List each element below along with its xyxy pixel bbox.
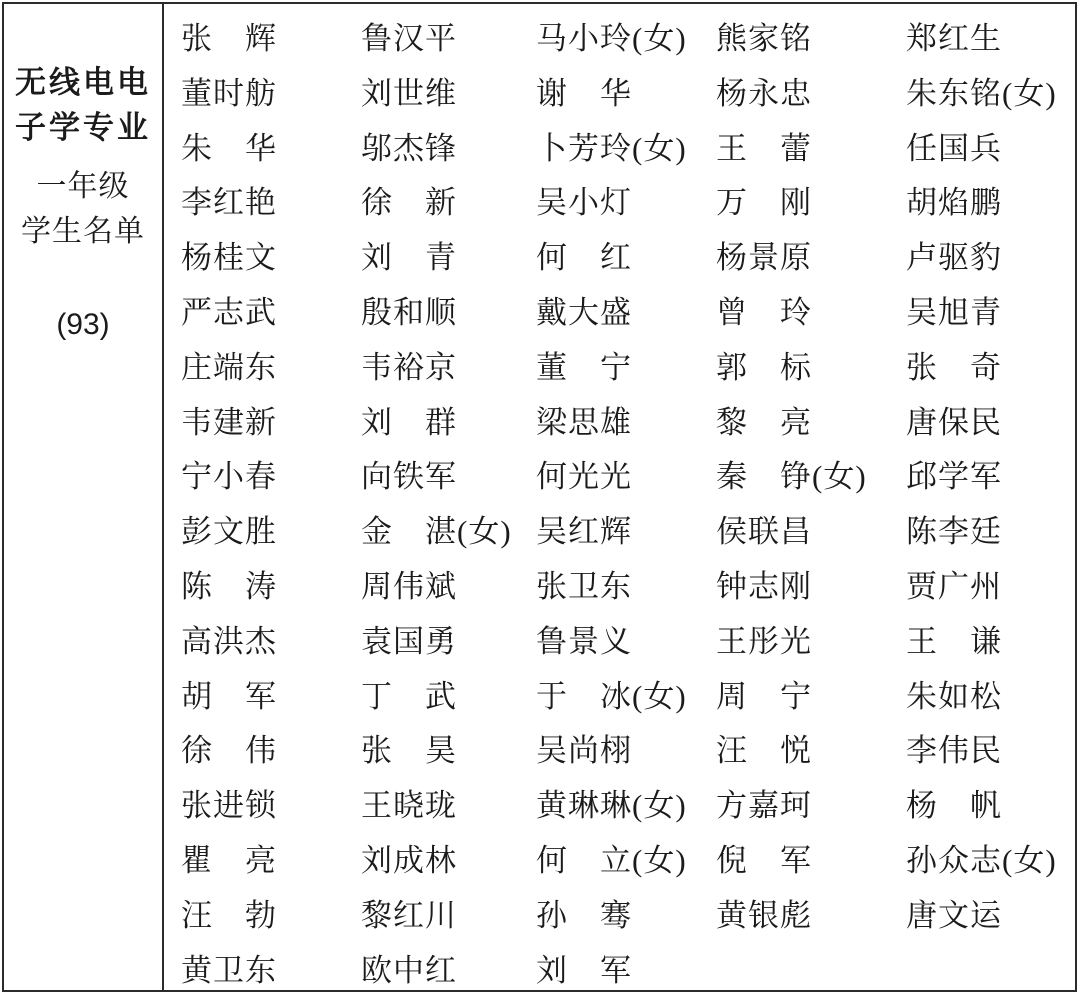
- grade-label: 一年级: [4, 164, 162, 209]
- student-name: 周伟斌: [361, 560, 536, 615]
- student-name: 胡 军: [181, 670, 361, 725]
- student-name: 谢 华: [536, 67, 716, 122]
- student-name: 邬杰锋: [361, 122, 536, 177]
- student-name: 刘世维: [361, 67, 536, 122]
- student-name: 韦裕京: [361, 341, 536, 396]
- student-name: 方嘉珂: [716, 779, 906, 834]
- student-name: 董时舫: [181, 67, 361, 122]
- student-name: 王彤光: [716, 615, 906, 670]
- student-name: 陈 涛: [181, 560, 361, 615]
- student-name: 高洪杰: [181, 615, 361, 670]
- student-name: 张进锁: [181, 779, 361, 834]
- student-name: 刘成林: [361, 834, 536, 889]
- student-name: 陈李廷: [906, 505, 1075, 560]
- major-title-line1: 无线电电: [4, 60, 162, 105]
- student-name: 戴大盛: [536, 286, 716, 341]
- student-name: 朱 华: [181, 122, 361, 177]
- student-name: 李红艳: [181, 176, 361, 231]
- student-name: 何光光: [536, 450, 716, 505]
- student-name: 张 奇: [906, 341, 1075, 396]
- student-name: 韦建新: [181, 396, 361, 451]
- student-name: 侯联昌: [716, 505, 906, 560]
- student-name: 何 红: [536, 231, 716, 286]
- student-name: 黄银彪: [716, 889, 906, 944]
- student-name: 王 谦: [906, 615, 1075, 670]
- student-name: 熊家铭: [716, 12, 906, 67]
- student-name: 刘 军: [536, 944, 716, 996]
- student-name: 张 昊: [361, 724, 536, 779]
- student-name: 金 湛(女): [361, 505, 536, 560]
- student-name: 鲁汉平: [361, 12, 536, 67]
- student-name: 黎 亮: [716, 396, 906, 451]
- student-roster-table: 无线电电 子学专业 一年级 学生名单 (93) 张 辉鲁汉平马小玲(女)熊家铭郑…: [2, 2, 1077, 992]
- student-name: 刘 群: [361, 396, 536, 451]
- student-name: 孙众志(女): [906, 834, 1075, 889]
- roster-header-column: 无线电电 子学专业 一年级 学生名单 (93): [4, 4, 164, 990]
- student-name: 王晓珑: [361, 779, 536, 834]
- student-name: 梁思雄: [536, 396, 716, 451]
- empty-cell: [906, 944, 1075, 996]
- student-name: 丁 武: [361, 670, 536, 725]
- student-name: 严志武: [181, 286, 361, 341]
- student-name: 黄琳琳(女): [536, 779, 716, 834]
- student-name: 袁国勇: [361, 615, 536, 670]
- student-name: 胡焰鹏: [906, 176, 1075, 231]
- student-name: 吴尚栩: [536, 724, 716, 779]
- empty-cell: [716, 944, 906, 996]
- student-name: 唐保民: [906, 396, 1075, 451]
- list-title-label: 学生名单: [4, 209, 162, 254]
- student-name: 徐 新: [361, 176, 536, 231]
- student-name: 万 刚: [716, 176, 906, 231]
- student-name: 徐 伟: [181, 724, 361, 779]
- document-page: 无线电电 子学专业 一年级 学生名单 (93) 张 辉鲁汉平马小玲(女)熊家铭郑…: [0, 0, 1079, 996]
- student-name: 瞿 亮: [181, 834, 361, 889]
- student-name: 吴红辉: [536, 505, 716, 560]
- student-name: 汪 悦: [716, 724, 906, 779]
- student-name: 李伟民: [906, 724, 1075, 779]
- student-name: 殷和顺: [361, 286, 536, 341]
- student-name: 周 宁: [716, 670, 906, 725]
- student-name: 于 冰(女): [536, 670, 716, 725]
- student-name: 杨永忠: [716, 67, 906, 122]
- student-name: 杨 帆: [906, 779, 1075, 834]
- student-name: 卜芳玲(女): [536, 122, 716, 177]
- student-name: 张 辉: [181, 12, 361, 67]
- student-name: 秦 铮(女): [716, 450, 906, 505]
- student-name: 贾广州: [906, 560, 1075, 615]
- student-name: 钟志刚: [716, 560, 906, 615]
- student-name: 吴旭青: [906, 286, 1075, 341]
- student-count-badge: (93): [4, 308, 162, 342]
- student-name: 唐文运: [906, 889, 1075, 944]
- student-name: 董 宁: [536, 341, 716, 396]
- student-name: 任国兵: [906, 122, 1075, 177]
- student-name: 邱学军: [906, 450, 1075, 505]
- student-name: 庄端东: [181, 341, 361, 396]
- student-name: 杨景原: [716, 231, 906, 286]
- student-name: 吴小灯: [536, 176, 716, 231]
- student-name: 王 蕾: [716, 122, 906, 177]
- student-name: 孙 骞: [536, 889, 716, 944]
- roster-grid: 张 辉鲁汉平马小玲(女)熊家铭郑红生董时舫刘世维谢 华杨永忠朱东铭(女)朱 华邬…: [164, 4, 1075, 990]
- student-name: 马小玲(女): [536, 12, 716, 67]
- student-name: 朱如松: [906, 670, 1075, 725]
- student-name: 曾 玲: [716, 286, 906, 341]
- student-name: 向铁军: [361, 450, 536, 505]
- student-name: 郑红生: [906, 12, 1075, 67]
- student-name: 宁小春: [181, 450, 361, 505]
- student-name: 欧中红: [361, 944, 536, 996]
- student-name: 刘 青: [361, 231, 536, 286]
- student-name: 汪 勃: [181, 889, 361, 944]
- student-name: 何 立(女): [536, 834, 716, 889]
- student-name: 朱东铭(女): [906, 67, 1075, 122]
- student-name: 黄卫东: [181, 944, 361, 996]
- student-name: 倪 军: [716, 834, 906, 889]
- student-name: 黎红川: [361, 889, 536, 944]
- student-name: 卢驱豹: [906, 231, 1075, 286]
- student-name: 郭 标: [716, 341, 906, 396]
- student-name: 鲁景义: [536, 615, 716, 670]
- student-name: 张卫东: [536, 560, 716, 615]
- student-name: 杨桂文: [181, 231, 361, 286]
- student-name: 彭文胜: [181, 505, 361, 560]
- major-title-line2: 子学专业: [4, 105, 162, 150]
